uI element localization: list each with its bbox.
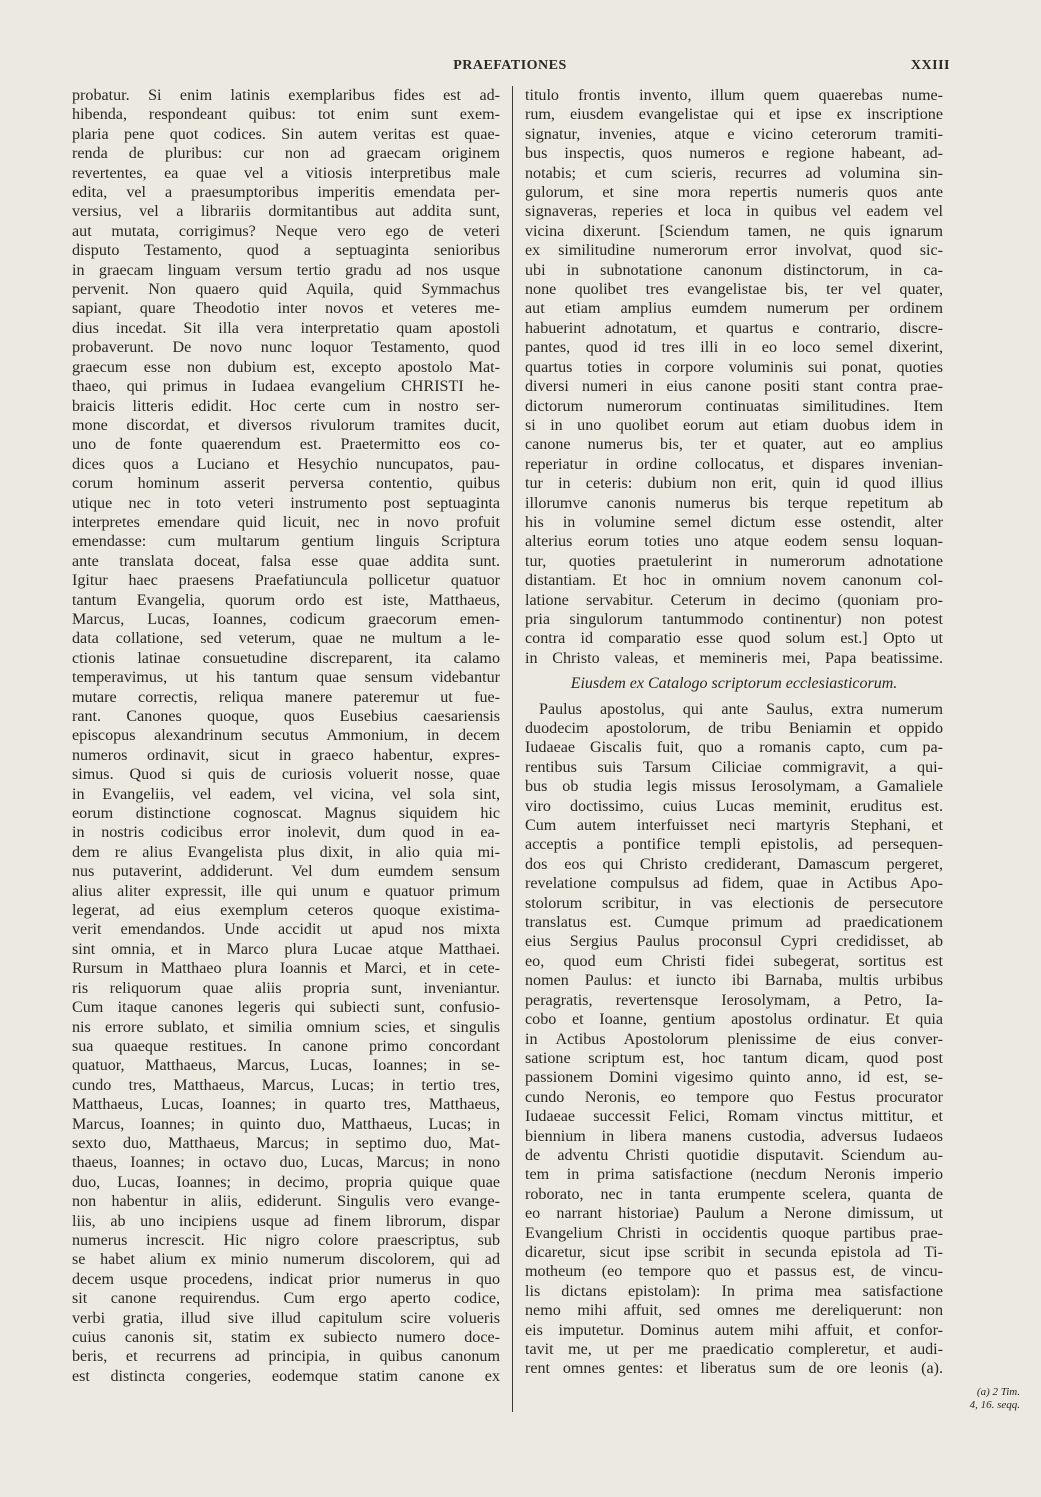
text-line: numeros ordinavit, sicut in graeco haben… bbox=[72, 746, 500, 765]
text-line: mone discordat, et diversos rivulorum tr… bbox=[72, 416, 500, 435]
page-header: PRAEFATIONES XXIII bbox=[72, 58, 948, 78]
text-line: Igitur haec praesens Praefatiuncula poll… bbox=[72, 571, 500, 590]
text-line: bus inspectis, quos numeros e regione ha… bbox=[525, 144, 943, 163]
text-line: Marcus, Ioannes; in quinto duo, Matthaeu… bbox=[72, 1115, 500, 1134]
text-line: rent omnes gentes: et liberatus sum de o… bbox=[525, 1359, 943, 1378]
text-line: in graecam linguam versum tertio gradu a… bbox=[72, 261, 500, 280]
text-line: Cum itaque canones legeris qui subiecti … bbox=[72, 998, 500, 1017]
text-line: mutare correctis, reliqua manere paterem… bbox=[72, 688, 500, 707]
text-line: sapiant, quare Theodotio inter novos et … bbox=[72, 299, 500, 318]
right-column-text-after-heading: Paulus apostolus, qui ante Saulus, extra… bbox=[525, 700, 943, 1379]
page-number: XXIII bbox=[911, 58, 950, 74]
text-line: tavit me, ut per me praedicatio complere… bbox=[525, 1340, 943, 1359]
text-line: pantes, quod id tres illi in eo loco sem… bbox=[525, 338, 943, 357]
text-line: duo, Lucas, Ioannes; in decimo, propria … bbox=[72, 1173, 500, 1192]
text-line: quatuor, Matthaeus, Marcus, Lucas, Ioann… bbox=[72, 1056, 500, 1075]
text-line: dictorum numerorum continuatas similitud… bbox=[525, 397, 943, 416]
text-line: data collatione, sed veterum, quae ne mu… bbox=[72, 629, 500, 648]
text-line: habuerint adnotatum, et quartus e contra… bbox=[525, 319, 943, 338]
text-line: passionem Domini vigesimo quinto anno, i… bbox=[525, 1068, 943, 1087]
text-line: pervenit. Non quaero quid Aquila, quid S… bbox=[72, 280, 500, 299]
text-line: emendasse: cum multarum gentium linguis … bbox=[72, 532, 500, 551]
column-divider bbox=[512, 86, 513, 1412]
text-line: motheum (eo tempore quo et passus est, d… bbox=[525, 1262, 943, 1281]
text-line: de adventu Christi quotidie disputavit. … bbox=[525, 1146, 943, 1165]
text-line: ex similitudine numerorum error involvat… bbox=[525, 241, 943, 260]
text-line: cundo Neronis, eo tempore quo Festus pro… bbox=[525, 1088, 943, 1107]
text-line: eis imputetur. Dominus autem mihi affuit… bbox=[525, 1321, 943, 1340]
text-line: nis errore sublato, et similia omnium sc… bbox=[72, 1018, 500, 1037]
section-heading: Eiusdem ex Catalogo scriptorum ecclesias… bbox=[525, 674, 943, 693]
text-line: hibenda, respondeant quibus: tot enim su… bbox=[72, 105, 500, 124]
text-line: contra id comparatio esse quod solum est… bbox=[525, 629, 943, 648]
text-line: signaveras, reperies et loca in quibus v… bbox=[525, 202, 943, 221]
text-line: tem in prima satisfactione (necdum Neron… bbox=[525, 1165, 943, 1184]
text-line: none quolibet tres evangelistae bis, ter… bbox=[525, 280, 943, 299]
text-line: eo, quod eum Christi fidei subegerat, so… bbox=[525, 952, 943, 971]
text-line: aut etiam amplius eumdem numerum per ord… bbox=[525, 299, 943, 318]
left-column: probatur. Si enim latinis exemplaribus f… bbox=[72, 86, 500, 1386]
text-line: alterius eorum toties uno atque eodem se… bbox=[525, 532, 943, 551]
text-line: vicina dixerunt. [Sciendum tamen, ne qui… bbox=[525, 222, 943, 241]
text-line: reperiatur in ordine collocatus, et disp… bbox=[525, 455, 943, 474]
text-line: alius aliter expressit, ille qui unum e … bbox=[72, 882, 500, 901]
text-line: latione servabitur. Ceterum in decimo (q… bbox=[525, 591, 943, 610]
text-line: versius, vel a librariis dormitantibus a… bbox=[72, 202, 500, 221]
text-line: ris reliquorum quae aliis propria sunt, … bbox=[72, 979, 500, 998]
text-line: roborato, nec in tanta erumpente scelera… bbox=[525, 1185, 943, 1204]
text-line: in Actibus Apostolorum plenissime de eiu… bbox=[525, 1030, 943, 1049]
text-line: Iudaeae Giscalis fuit, quo a romanis cap… bbox=[525, 738, 943, 757]
text-line: tur in ceteris: dubium non erit, quin id… bbox=[525, 474, 943, 493]
text-line: Evangelium Christi in occidentis quoque … bbox=[525, 1224, 943, 1243]
text-line: peragratis, revertensque Ierosolymam, a … bbox=[525, 991, 943, 1010]
text-line: decem usque procedens, indicat prior num… bbox=[72, 1270, 500, 1289]
text-line: graecum esse non dubium est, excepto apo… bbox=[72, 358, 500, 377]
text-line: pria singulorum tantummodo continentur) … bbox=[525, 610, 943, 629]
text-line: in Christo valeas, et memineris mei, Pap… bbox=[525, 649, 943, 668]
text-line: Marcus, Lucas, Ioannes, codicum graecoru… bbox=[72, 610, 500, 629]
text-line: temperavimus, ut his tantum quae sensum … bbox=[72, 668, 500, 687]
text-line: non habentur in aliis, ediderunt. Singul… bbox=[72, 1192, 500, 1211]
text-line: satione scriptum est, hoc tantum dicam, … bbox=[525, 1049, 943, 1068]
text-line: his in volumine semel dictum esse ostend… bbox=[525, 513, 943, 532]
text-line: sit canone requirendus. Cum ergo aperto … bbox=[72, 1289, 500, 1308]
text-line: probatur. Si enim latinis exemplaribus f… bbox=[72, 86, 500, 105]
text-line: ante translata doceat, falsa esse quae a… bbox=[72, 552, 500, 571]
text-line: episcopus alexandrinum secutus Ammonium,… bbox=[72, 726, 500, 745]
text-line: revertentes, ea quae vel a vitiosis inte… bbox=[72, 164, 500, 183]
text-line: probaverunt. De novo nunc loquor Testame… bbox=[72, 338, 500, 357]
text-line: verit emendandos. Unde accidit ut apud n… bbox=[72, 920, 500, 939]
text-line: diversi numeri in eius canone positi sta… bbox=[525, 377, 943, 396]
text-line: si in uno quolibet eorum aut etiam duobu… bbox=[525, 416, 943, 435]
text-line: renda de pluribus: cur non ad graecam or… bbox=[72, 144, 500, 163]
text-line: revelatione compulsus ad fidem, quae in … bbox=[525, 874, 943, 893]
text-line: Rursum in Matthaeo plura Ioannis et Marc… bbox=[72, 959, 500, 978]
text-line: utique nec in toto veteri instrumento po… bbox=[72, 494, 500, 513]
text-line: dius incedat. Sit illa vera interpretati… bbox=[72, 319, 500, 338]
text-line: titulo frontis invento, illum quem quaer… bbox=[525, 86, 943, 105]
text-line: signatur, invenies, atque e vicino ceter… bbox=[525, 125, 943, 144]
text-line: cuius canonis sit, statim ex subiecto nu… bbox=[72, 1328, 500, 1347]
text-line: corum hominum asserit perversa contentio… bbox=[72, 474, 500, 493]
text-line: dem re alius Evangelista plus dixit, in … bbox=[72, 843, 500, 862]
text-line: eorum distinctione cognoscat. Magnus siq… bbox=[72, 804, 500, 823]
text-line: viro doctissimo, cuius Lucas meminit, er… bbox=[525, 797, 943, 816]
text-line: tur, quoties praetulerint in numerorum a… bbox=[525, 552, 943, 571]
text-line: ctionis latinae consuetudine discreparen… bbox=[72, 649, 500, 668]
text-line: biennium in libera manens custodia, adve… bbox=[525, 1127, 943, 1146]
text-line: Iudaeae successit Felici, Romam vinctus … bbox=[525, 1107, 943, 1126]
text-line: dices quos a Luciano et Hesychio nuncupa… bbox=[72, 455, 500, 474]
text-line: distantiam. Et hoc in omnium novem canon… bbox=[525, 571, 943, 590]
text-line: in Evangeliis, vel eadem, vel vicina, ve… bbox=[72, 785, 500, 804]
text-line: illorumve canonis numerus bis terque rep… bbox=[525, 494, 943, 513]
text-line: in nostris codicibus error inolevit, dum… bbox=[72, 823, 500, 842]
text-line: rentibus suis Tarsum Ciliciae commigravi… bbox=[525, 758, 943, 777]
text-line: gulorum, et sine mora repertis numeris q… bbox=[525, 183, 943, 202]
text-line: cundo tres, Matthaeus, Marcus, Lucas; in… bbox=[72, 1076, 500, 1095]
text-line: sexto duo, Matthaeus, Marcus; in septimo… bbox=[72, 1134, 500, 1153]
text-line: se habet alium ex minio numerum discolor… bbox=[72, 1250, 500, 1269]
right-column: titulo frontis invento, illum quem quaer… bbox=[525, 86, 943, 1379]
text-line: Matthaeus, Lucas, Ioannes; in quarto tre… bbox=[72, 1095, 500, 1114]
text-line: eius Sergius Paulus proconsul Cypri cred… bbox=[525, 932, 943, 951]
text-line: liis, ab uno incipiens usque ad finem li… bbox=[72, 1212, 500, 1231]
text-line: sua quaeque restitues. In canone primo c… bbox=[72, 1037, 500, 1056]
text-line: numerus increscit. Hic nigro colore prae… bbox=[72, 1231, 500, 1250]
text-line: braicis litteris edidit. Hoc certe cum i… bbox=[72, 397, 500, 416]
text-line: canone numerus bis, ter et quater, aut e… bbox=[525, 435, 943, 454]
text-line: thaeus, Ioannes; in octavo duo, Lucas, M… bbox=[72, 1153, 500, 1172]
right-column-text-before-heading: titulo frontis invento, illum quem quaer… bbox=[525, 86, 943, 668]
text-line: uno de fonte quaerendum est. Praetermitt… bbox=[72, 435, 500, 454]
text-line: ubi in subnotatione canonum distinctorum… bbox=[525, 261, 943, 280]
text-line: lis dictans epistolam): In prima mea sat… bbox=[525, 1282, 943, 1301]
text-line: nemo mihi affuit, sed omnes me derelique… bbox=[525, 1301, 943, 1320]
text-line: edita, vel a praesumptoribus imperitis e… bbox=[72, 183, 500, 202]
text-line: legerat, ad eius exemplum ceteros quoque… bbox=[72, 901, 500, 920]
footnote-citation: 4, 16. seqq. bbox=[960, 1399, 1020, 1412]
text-line: bus ob studia legis missus Ierosolymam, … bbox=[525, 777, 943, 796]
running-title: PRAEFATIONES bbox=[72, 58, 948, 74]
text-line: translatus est. Cumque primum ad praedic… bbox=[525, 913, 943, 932]
text-line: nus putaverint, addiderunt. Vel dum eumd… bbox=[72, 862, 500, 881]
text-line: duodecim apostolorum, de tribu Beniamin … bbox=[525, 719, 943, 738]
text-line: interpretes emendare quid licuit, nec in… bbox=[72, 513, 500, 532]
text-line: Paulus apostolus, qui ante Saulus, extra… bbox=[525, 700, 943, 719]
text-line: simus. Quod si quis de curiosis voluerit… bbox=[72, 765, 500, 784]
text-line: dicaretur, sicut ipse scribit in secunda… bbox=[525, 1243, 943, 1262]
text-line: cobo et Ioanne, gentium apostolus ordina… bbox=[525, 1010, 943, 1029]
footnote-reference: (a) 2 Tim. bbox=[960, 1386, 1020, 1399]
text-line: stolorum scribitur, in vas electionis de… bbox=[525, 894, 943, 913]
text-line: verbi gratia, illud sive illud capitulum… bbox=[72, 1309, 500, 1328]
text-line: dos eos qui Christo crediderant, Damascu… bbox=[525, 855, 943, 874]
text-line: tantum Evangelia, quorum ordo est iste, … bbox=[72, 591, 500, 610]
text-line: rant. Canones quoque, quos Eusebius caes… bbox=[72, 707, 500, 726]
text-line: notabis; et cum scieris, recurres ad vol… bbox=[525, 164, 943, 183]
text-line: sint omnia, et in Marco plura Lucae atqu… bbox=[72, 940, 500, 959]
text-line: acceptis a pontifice templi epistolis, a… bbox=[525, 835, 943, 854]
text-line: rum, eiusdem evangelistae qui et ipse ex… bbox=[525, 105, 943, 124]
text-line: disputo Testamento, quod a septuaginta s… bbox=[72, 241, 500, 260]
text-line: plaria pene quot codices. Sin autem veri… bbox=[72, 125, 500, 144]
text-line: beris, et recurrens ad principia, in qui… bbox=[72, 1347, 500, 1366]
text-line: nomen Paulus: et iuncto ibi Barnaba, mul… bbox=[525, 971, 943, 990]
margin-footnote: (a) 2 Tim. 4, 16. seqq. bbox=[960, 1386, 1020, 1412]
text-line: quartus toties in corpore voluminis sui … bbox=[525, 358, 943, 377]
text-line: est distincta congeries, eodemque statim… bbox=[72, 1367, 500, 1386]
text-line: aut mutata, corrigimus? Neque vero ego d… bbox=[72, 222, 500, 241]
text-line: thaeo, qui primus in Iudaea evangelium C… bbox=[72, 377, 500, 396]
text-line: Cum autem interfuisset neci martyris Ste… bbox=[525, 816, 943, 835]
text-line: eo narrant historiae) Paulum a Nerone di… bbox=[525, 1204, 943, 1223]
